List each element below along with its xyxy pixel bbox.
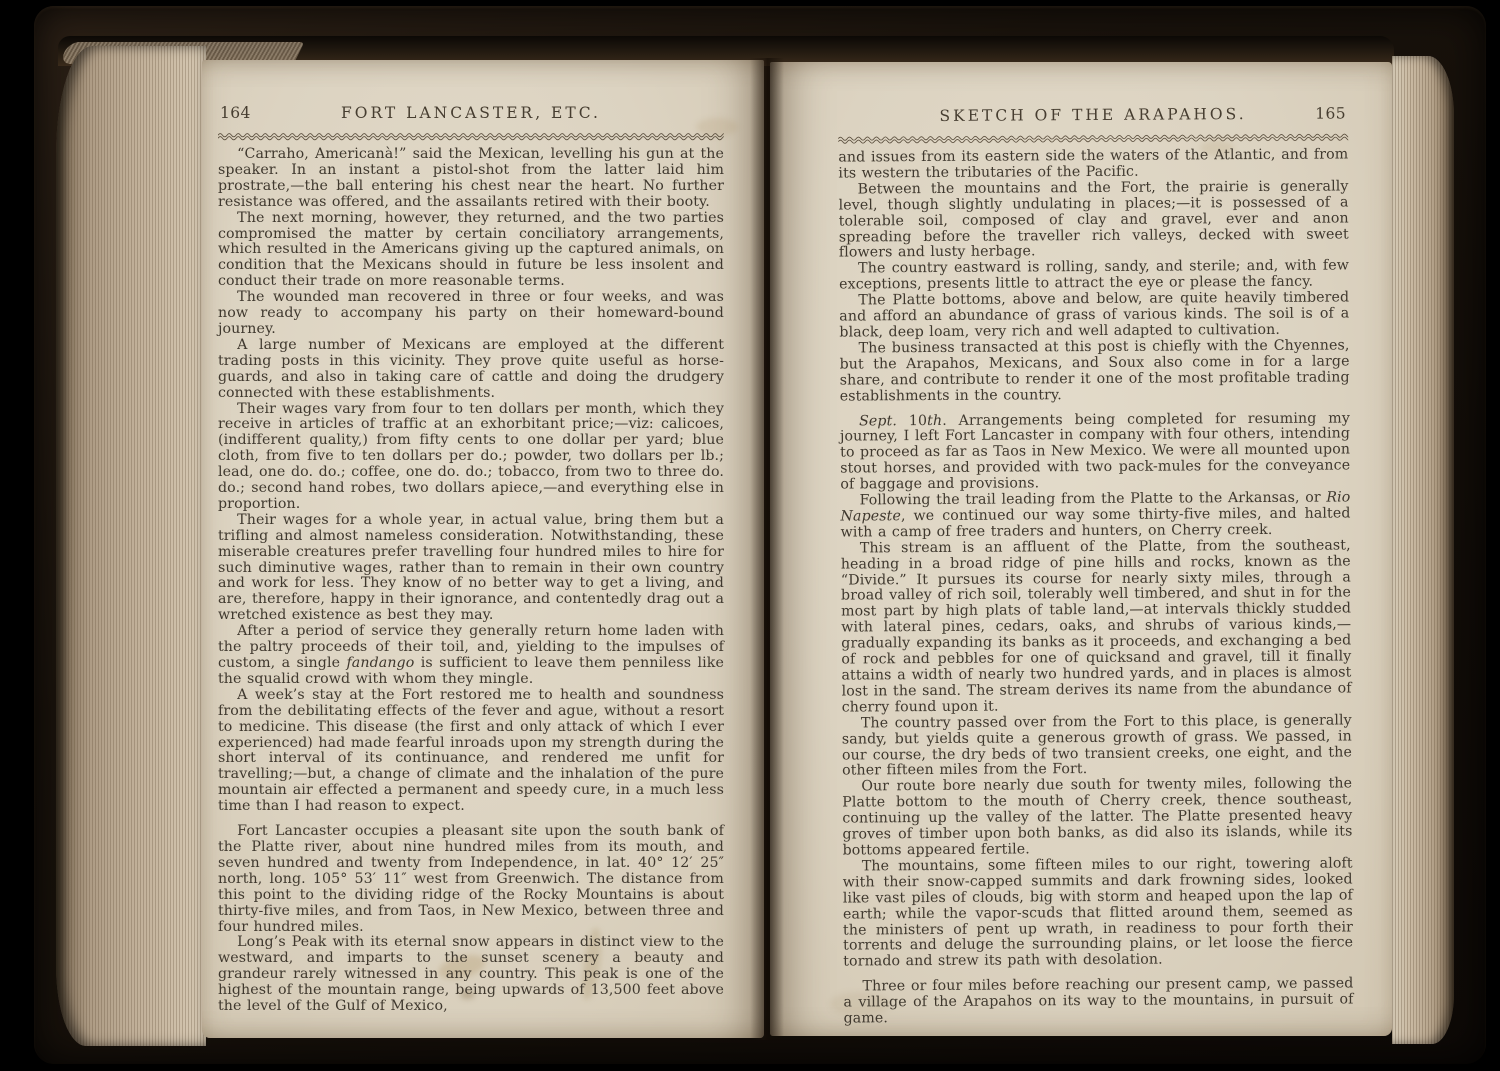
paragraph: The country passed over from the Fort to…: [842, 713, 1352, 780]
paragraph: “Carraho, Americanà!” said the Mexican, …: [218, 147, 724, 211]
left-page-text: “Carraho, Americanà!” said the Mexican, …: [218, 147, 724, 1015]
right-page-header: SKETCH OF THE ARAPAHOS. 165: [838, 104, 1348, 131]
left-page-number: 164: [220, 104, 251, 122]
paragraph: Long’s Peak with its eternal snow appear…: [218, 935, 724, 1015]
left-page-content: 164 FORT LANCASTER, ETC. “Carraho, Ameri…: [218, 104, 724, 1015]
wavy-rule: [218, 132, 724, 142]
paragraph: Following the trail leading from the Pla…: [840, 490, 1350, 541]
paragraph: Their wages for a whole year, in actual …: [218, 513, 724, 624]
left-fore-edge-pages: [56, 46, 206, 1046]
paragraph: Between the mountains and the Fort, the …: [838, 179, 1348, 262]
paragraph: and issues from its eastern side the wat…: [838, 147, 1348, 182]
paragraph: The business transacted at this post is …: [839, 338, 1349, 405]
paragraph: The next morning, however, they returned…: [218, 211, 724, 291]
paragraph: The Platte bottoms, above and below, are…: [839, 291, 1349, 342]
paragraph: The mountains, some fifteen miles to our…: [843, 856, 1354, 970]
paragraph: Fort Lancaster occupies a pleasant site …: [218, 824, 724, 935]
paragraph: Three or four miles before reaching our …: [843, 977, 1353, 1028]
right-running-header: SKETCH OF THE ARAPAHOS.: [838, 104, 1348, 125]
right-page-number: 165: [1315, 104, 1346, 122]
right-fore-edge-pages: [1392, 56, 1454, 1044]
paragraph: Sept. 10th. Arrangements being completed…: [840, 411, 1350, 494]
right-page-content: SKETCH OF THE ARAPAHOS. 165 and issues f…: [838, 104, 1354, 1027]
paragraph: The wounded man recovered in three or fo…: [218, 290, 724, 338]
paragraph: This stream is an affluent of the Platte…: [841, 538, 1352, 716]
paragraph: After a period of service they generally…: [218, 624, 724, 688]
paragraph: A week’s stay at the Fort restored me to…: [218, 688, 724, 815]
paragraph: Their wages vary from four to ten dollar…: [218, 402, 724, 513]
paragraph: The country eastward is rolling, sandy, …: [839, 259, 1349, 294]
left-running-header: FORT LANCASTER, ETC.: [218, 104, 724, 122]
book-photo: 164 FORT LANCASTER, ETC. “Carraho, Ameri…: [0, 0, 1500, 1071]
right-page-text: and issues from its eastern side the wat…: [838, 147, 1353, 1027]
paragraph: A large number of Mexicans are employed …: [218, 338, 724, 402]
right-page: SKETCH OF THE ARAPAHOS. 165 and issues f…: [770, 62, 1392, 1036]
left-page-header: 164 FORT LANCASTER, ETC.: [218, 104, 724, 128]
left-page: 164 FORT LANCASTER, ETC. “Carraho, Ameri…: [202, 60, 764, 1038]
paragraph: Our route bore nearly due south for twen…: [842, 777, 1352, 860]
wavy-rule: [838, 132, 1348, 145]
